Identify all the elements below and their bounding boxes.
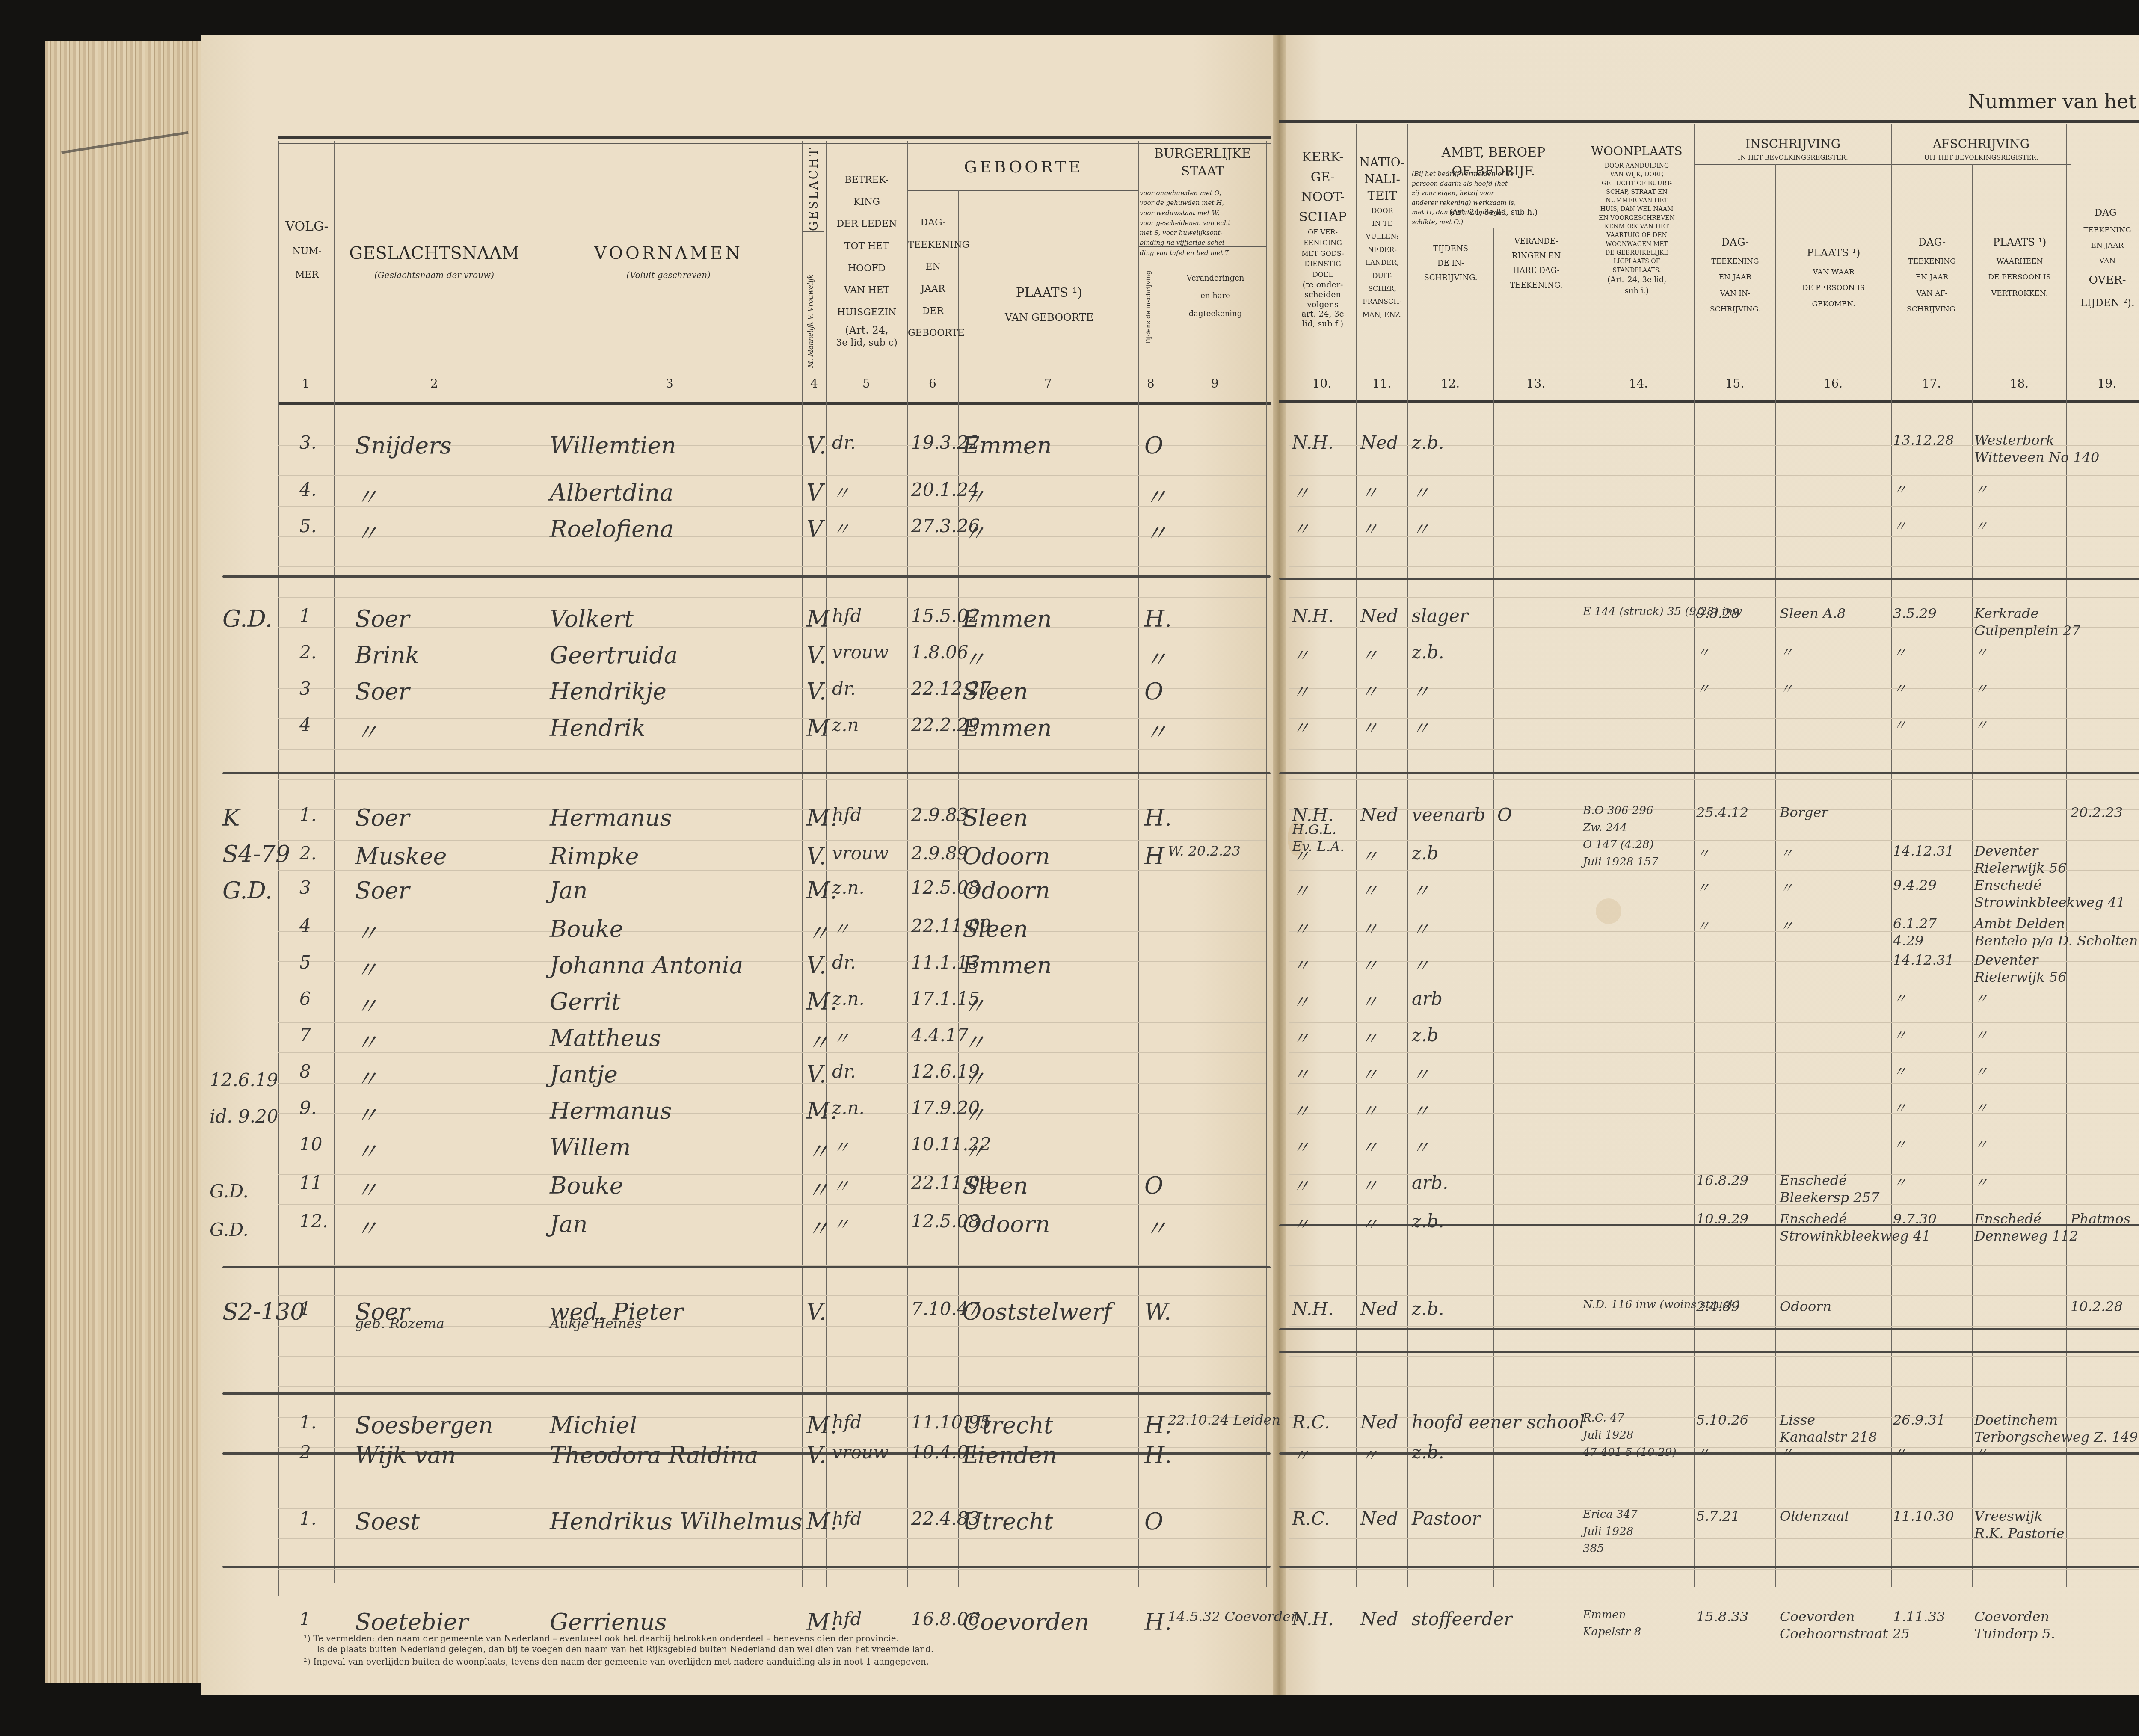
household-separator	[222, 772, 1271, 774]
household-margin-note: G.D.	[222, 605, 273, 632]
header-line: (Art. 24, 3e lid,	[1579, 275, 1694, 286]
entry-occ: z.b.	[1412, 642, 1444, 663]
entry-rel: 〃	[832, 1025, 850, 1050]
entry-sex: 〃	[806, 1172, 830, 1205]
ruled-line	[278, 627, 1266, 628]
entry-address: Juli 1928	[1583, 1429, 1633, 1442]
entry-nr: 4.	[299, 479, 317, 500]
entry-in-date: 5.10.26	[1696, 1412, 1748, 1428]
entry-born: 4.4.17	[911, 1025, 969, 1046]
entry-surname: 〃	[355, 988, 378, 1021]
header-line: GEKOMEN.	[1776, 296, 1891, 312]
entry-out-to: Coevorden	[1974, 1609, 2049, 1625]
entry-address: Emmen	[1583, 1609, 1626, 1621]
ruled-line	[278, 1204, 1266, 1205]
entry-given: Aukje Heines	[550, 1315, 642, 1332]
entry-out-date: 9.7.30	[1893, 1211, 1937, 1227]
header-insch-dag: DAG- TEEKENING EN JAAR VAN IN- SCHRIJVIN…	[1695, 231, 1775, 317]
entry-civil: O	[1144, 432, 1163, 459]
entry-church: R.C.	[1292, 1412, 1330, 1433]
entry-occ: hoofd eener school	[1412, 1412, 1585, 1433]
entry-sex: V.	[806, 642, 827, 669]
entry-nr: 1.	[299, 1412, 317, 1433]
header-line: OVER-	[2067, 269, 2139, 292]
ruled-line	[278, 1356, 1266, 1357]
ruled-line	[1289, 840, 2139, 841]
col-border	[1493, 228, 1494, 1587]
header-line: LIGPLAATS OF	[1579, 257, 1694, 266]
entry-out-to: Denneweg 112	[1974, 1228, 2078, 1244]
entry-civil: O	[1144, 1508, 1163, 1535]
entry-address: 385	[1583, 1542, 1604, 1555]
entry-rel: hfd	[832, 804, 862, 825]
header-overlijden: DAG- TEEKENING EN JAAR VAN OVER- LIJDEN …	[2067, 203, 2139, 314]
entry-nat: 〃	[1360, 515, 1378, 541]
col-number-13: 13.	[1523, 376, 1549, 391]
header-line: DOOR AANDUIDING	[1579, 162, 1694, 170]
entry-in-date: 〃	[1696, 642, 1710, 661]
header-line: OF VER-	[1289, 227, 1356, 238]
entry-in-date: 〃	[1696, 1442, 1710, 1461]
col-number-11: 11.	[1369, 376, 1395, 391]
header-line: art. 24, 3e	[1289, 309, 1356, 319]
entry-surname: Soer	[355, 605, 409, 632]
entry-in-from: 〃	[1780, 843, 1793, 862]
entry-nat: 〃	[1360, 988, 1378, 1014]
footnote-rule	[270, 1626, 284, 1626]
ruled-line	[278, 1113, 1266, 1114]
col-number-10: 10.	[1309, 376, 1335, 391]
entry-in-from: Oldenzaal	[1780, 1508, 1849, 1524]
col-border	[1775, 164, 1776, 1587]
col-number-2: 2	[421, 376, 447, 391]
header-line: Veranderingen	[1164, 270, 1266, 287]
entry-civil: H.	[1144, 1442, 1172, 1469]
header-line: TEEKENING	[2067, 223, 2139, 238]
entry-given: Bouke	[550, 915, 623, 942]
entry-place: Emmen	[963, 952, 1052, 979]
entry-out-date: 〃	[1893, 1442, 1907, 1461]
ruled-line	[278, 566, 1266, 567]
header-afsch-plaats: PLAATS ¹) WAARHEEN DE PERSOON IS VERTROK…	[1973, 231, 2066, 302]
header-line: VERANDE-	[1494, 234, 1579, 249]
entry-in-date: 〃	[1696, 843, 1710, 862]
household-separator	[222, 1392, 1271, 1395]
entry-occ: slager	[1412, 605, 1468, 626]
entry-surname: Soer	[355, 877, 409, 904]
entry-margin: G.D.	[210, 1181, 249, 1202]
ruled-line	[278, 870, 1266, 871]
entry-out-to: Doetinchem	[1974, 1412, 2058, 1428]
entry-rel: hfd	[832, 1412, 862, 1433]
entry-surname: 〃	[355, 1172, 378, 1205]
entry-out-to: 〃	[1974, 678, 1988, 698]
entry-civil: W.	[1144, 1298, 1171, 1325]
entry-sex: V.	[806, 952, 827, 979]
col-border	[1579, 124, 1579, 1587]
entry-in-from: 〃	[1780, 915, 1793, 935]
entry-out-to: 〃	[1974, 1097, 1988, 1117]
entry-nr: 3	[299, 678, 311, 699]
header-top-rule	[278, 136, 1271, 139]
header-line: persoon daarin als hoofd (het-	[1412, 179, 1576, 189]
inschrijving-subrule	[1694, 164, 1891, 165]
entry-occ: 〃	[1412, 714, 1430, 740]
header-line: IN TE	[1357, 217, 1407, 230]
header-line: TEEKENING.	[1494, 278, 1579, 293]
entry-out-to: Terborgscheweg Z. 149 Gaanderen	[1974, 1429, 2139, 1445]
entry-rel: hfd	[832, 1609, 862, 1629]
entry-nr: 5	[299, 952, 311, 973]
entry-given: Theodora Raldina	[550, 1442, 758, 1469]
header-line: VAN IN-	[1695, 286, 1775, 302]
entry-born: 2.9.83	[911, 804, 969, 825]
entry-in-from: Odoorn	[1780, 1298, 1831, 1315]
entry-occ: 〃	[1412, 1097, 1430, 1123]
entry-given: Roelofiena	[550, 515, 674, 542]
ruled-line	[1289, 1569, 2139, 1570]
ruled-line	[1289, 1326, 2139, 1327]
household-margin-note: S2-130	[222, 1298, 305, 1325]
entry-out-to: Witteveen No 140	[1974, 449, 2099, 465]
header-line: LANDER,	[1357, 256, 1407, 269]
entry-rel: dr.	[832, 432, 856, 453]
entry-nr: 8	[299, 1061, 311, 1082]
header-line: SCHRIJVING.	[1408, 271, 1493, 285]
header-line: KING	[827, 191, 907, 213]
entry-given: Hendrikus Wilhelmus	[550, 1508, 803, 1535]
entry-out-to: 〃	[1974, 988, 1988, 1008]
header-ambt-note: (Bij het bedrijf vermelden of de persoon…	[1412, 169, 1576, 227]
entry-margin: 12.6.19	[210, 1069, 278, 1090]
header-line: (te onder-	[1289, 280, 1356, 290]
entry-church: 〃	[1292, 952, 1310, 978]
entry-civil: O	[1144, 1172, 1163, 1199]
entry-occ: z.b	[1412, 1025, 1438, 1046]
entry-church: 〃	[1292, 988, 1310, 1014]
entry-surname: Soer	[355, 804, 409, 831]
ruled-line	[278, 1052, 1266, 1053]
entry-in-date: 〃	[1696, 877, 1710, 897]
entry-address: O 147 (4.28)	[1583, 838, 1654, 851]
header-line: voor de gehuwden met H,	[1140, 198, 1266, 208]
entry-nr: 7	[299, 1025, 311, 1046]
entry-place: Sleen	[963, 804, 1028, 831]
header-woonplaats-note: DOOR AANDUIDING VAN WIJK, DORP, GEHUCHT …	[1579, 162, 1694, 297]
entry-place: Sleen	[963, 678, 1028, 705]
entry-church: 〃	[1292, 479, 1310, 505]
entry-surname: 〃	[355, 1097, 378, 1130]
entry-rel: dr.	[832, 952, 856, 973]
entry-out-date: 〃	[1893, 988, 1907, 1008]
header-line: MER	[280, 269, 334, 281]
entry-rel: vrouw	[832, 642, 889, 663]
entry-in-date: 10.9.29	[1696, 1211, 1748, 1227]
entry-given: Michiel	[550, 1412, 637, 1439]
col-border	[1356, 124, 1357, 1587]
header-line: EN JAAR	[1892, 270, 1972, 285]
entry-place: Coevorden	[963, 1609, 1089, 1635]
entry-sex: 〃	[806, 1134, 830, 1167]
entry-surname: 〃	[355, 515, 378, 548]
entry-nr: 2.	[299, 642, 317, 663]
household-separator	[222, 1266, 1271, 1268]
entry-place: 〃	[963, 515, 986, 548]
entry-born: 2.9.89	[911, 843, 969, 864]
header-voornamen: VOORNAMEN	[535, 242, 802, 265]
header-line: TOT HET	[827, 235, 907, 258]
entry-out-date: 〃	[1893, 1097, 1907, 1117]
header-geb-plaats: PLAATS ¹) VAN GEBOORTE	[960, 284, 1138, 324]
header-line: GE-	[1289, 168, 1356, 188]
entry-given: Bouke	[550, 1172, 623, 1199]
entry-surname: 〃	[355, 1211, 378, 1244]
entry-out-date: 〃	[1893, 515, 1907, 535]
entry-nr: 3.	[299, 432, 317, 453]
header-line: VAN WAAR	[1776, 264, 1891, 280]
entry-rel: z.n.	[832, 988, 865, 1009]
entry-out-to: 〃	[1974, 1061, 1988, 1081]
col-number-12: 12.	[1437, 376, 1463, 391]
ruled-line	[278, 1144, 1266, 1144]
entry-out-to: Gulpenplein 27	[1974, 622, 2080, 639]
header-line: EN JAAR	[2067, 238, 2139, 254]
entry-nr: 1	[299, 1609, 311, 1629]
entry-nr: 3	[299, 877, 311, 898]
entry-sex: V.	[806, 432, 827, 459]
entry-sex: 〃	[806, 1211, 830, 1244]
entry-given: Gerrienus	[550, 1609, 667, 1635]
entry-rel: z.n.	[832, 1097, 865, 1118]
entry-rel: 〃	[832, 515, 850, 541]
household-separator	[222, 575, 1271, 578]
entry-rel: hfd	[832, 605, 862, 626]
header-line: HUIS, DAN WEL NAAM	[1579, 205, 1694, 213]
entry-out-date: 6.1.27	[1893, 915, 1937, 932]
entry-place: 〃	[963, 1061, 986, 1094]
ruled-line	[278, 1022, 1266, 1023]
ruled-line	[278, 1265, 1266, 1266]
ruled-line	[278, 961, 1266, 962]
page-edge-marking	[61, 131, 191, 171]
entry-out-date: 26.9.31	[1893, 1412, 1945, 1428]
entry-out-date: 14.12.31	[1893, 843, 1954, 859]
ruled-line	[1289, 749, 2139, 750]
entry-nat: Ned	[1360, 432, 1398, 453]
entry-nr: 9.	[299, 1097, 317, 1118]
header-line: DIENSTIG	[1289, 259, 1356, 270]
entry-in-from: 〃	[1780, 877, 1793, 897]
col-number-5: 5	[853, 376, 879, 391]
ruled-line	[1289, 475, 2139, 476]
header-line: ding van tafel en bed met T	[1140, 248, 1266, 258]
entry-in-from: Enschedé	[1780, 1172, 1847, 1188]
entry-occ: 〃	[1412, 1134, 1430, 1159]
col-border	[1694, 124, 1695, 1587]
ruled-line	[278, 475, 1266, 476]
entry-surname: Brink	[355, 642, 419, 669]
header-line: JAAR	[908, 278, 958, 300]
header-line: DAG-	[908, 212, 958, 234]
entry-nat: 〃	[1360, 1211, 1378, 1236]
entry-place: Utrecht	[963, 1508, 1053, 1535]
header-line: VULLEN:	[1357, 230, 1407, 243]
header-line: met S, voor huwelijksont-	[1140, 228, 1266, 238]
entry-given: Mattheus	[550, 1025, 661, 1052]
ruled-line	[278, 901, 1266, 901]
entry-nr: 6	[299, 988, 311, 1009]
paper-stain	[1596, 898, 1621, 924]
header-inschrijving-sub: IN HET BEVOLKINGSREGISTER.	[1695, 153, 1891, 162]
entry-nr: 4	[299, 915, 311, 936]
entry-address: R.C. 47	[1583, 1412, 1624, 1425]
entry-place: Lienden	[963, 1442, 1057, 1469]
entry-out-to: 〃	[1974, 515, 1988, 535]
entry-out-date: 14.12.31	[1893, 952, 1954, 968]
entry-occ: 〃	[1412, 952, 1430, 978]
entry-given: Hermanus	[550, 1097, 672, 1124]
header-line: GEBOORTE	[908, 322, 958, 344]
header-line: DE PERSOON IS	[1776, 280, 1891, 296]
ruled-line	[1289, 779, 2139, 780]
entry-church: 〃	[1292, 1097, 1310, 1123]
entry-church: 〃	[1292, 1061, 1310, 1087]
entry-rel: 〃	[832, 1134, 850, 1159]
entry-church: 〃	[1292, 915, 1310, 941]
entry-surname: 〃	[355, 1134, 378, 1167]
entry-given: Jan	[550, 877, 588, 904]
entry-church: 〃	[1292, 1025, 1310, 1050]
header-betrekking: BETREK- KING DER LEDEN TOT HET HOOFD VAN…	[827, 169, 907, 350]
header-line: FRANSCH-	[1357, 295, 1407, 308]
entry-nat: 〃	[1360, 915, 1378, 941]
ruled-line	[278, 749, 1266, 750]
entry-out-date: 1.11.33	[1893, 1609, 1945, 1625]
col-border	[1407, 124, 1408, 1587]
entry-out-to: Vreeswijk	[1974, 1508, 2043, 1524]
col-number-15: 15.	[1722, 376, 1748, 391]
col-border	[1289, 124, 1289, 1587]
header-line: anderer rekening) werkzaam is,	[1412, 198, 1576, 208]
header-afschrijving-sub: UIT HET BEVOLKINGSREGISTER.	[1892, 153, 2071, 162]
col-number-19: 19.	[2094, 376, 2120, 391]
entry-surname: Soetebier	[355, 1609, 468, 1635]
entry-civil: 〃	[1144, 515, 1167, 548]
header-line: SCHRIJVING.	[1892, 302, 1972, 317]
entry-sex: V	[806, 479, 823, 506]
header-line: binding na vijfjarige schei-	[1140, 238, 1266, 248]
ruled-line	[1289, 597, 2139, 598]
header-geslachtsnaam-note: (Geslachtsnaam der vrouw)	[336, 270, 533, 281]
header-line: (Art. 24,	[827, 324, 907, 337]
header-line: EENIGING	[1289, 238, 1356, 249]
header-tijdens-inschrijving: Tijdens de inschrijving	[1144, 270, 1152, 344]
entry-nat: 〃	[1360, 843, 1378, 868]
entry-sex: V.	[806, 843, 827, 870]
entry-in-date: 〃	[1696, 915, 1710, 935]
entry-out-to: Westerbork	[1974, 432, 2054, 448]
header-kerkgenootschap: KERK- GE- NOOT- SCHAP OF VER- EENIGING M…	[1289, 148, 1356, 329]
entry-place: Emmen	[963, 605, 1052, 632]
entry-nat: 〃	[1360, 1172, 1378, 1198]
header-line: KENMERK VAN HET	[1579, 222, 1694, 231]
entry-sex: M	[806, 714, 830, 741]
entry-given: Johanna Antonia	[550, 952, 743, 979]
household-margin-note: G.D.	[222, 877, 273, 904]
header-line: voor weduwstaat met W,	[1140, 208, 1266, 218]
header-line: volgens	[1289, 300, 1356, 310]
entry-place: Utrecht	[963, 1412, 1053, 1439]
col-border	[533, 141, 533, 1587]
entry-out-date: 4.29	[1893, 933, 1923, 949]
household-separator	[1279, 1566, 2139, 1568]
ruled-line	[278, 597, 1266, 598]
entry-out-to: Bentelo p/a D. Scholten landbouwer boede…	[1974, 933, 2139, 949]
footnote-1-cont: Is de plaats buiten Nederland gelegen, d…	[317, 1644, 933, 1654]
entry-occ: z.b.	[1412, 1442, 1444, 1463]
entry-out-date: 9.4.29	[1893, 877, 1937, 893]
header-veranderingen: Veranderingen en hare dagteekening	[1164, 270, 1266, 323]
col-border	[2066, 124, 2067, 1587]
entry-church: 〃	[1292, 678, 1310, 704]
entry-church: R.C.	[1292, 1508, 1330, 1529]
col-number-14: 14.	[1626, 376, 1651, 391]
entry-sex: M	[806, 605, 830, 632]
entry-out-to: Deventer	[1974, 952, 2038, 968]
entry-in-from: Coehoornstraat 25	[1780, 1626, 1910, 1642]
entry-occ: arb.	[1412, 1172, 1448, 1193]
header-line: DOEL	[1289, 270, 1356, 280]
header-line: VAN	[2067, 254, 2139, 269]
header-nationaliteit: NATIO- NALI- TEIT DOOR IN TE VULLEN: NED…	[1357, 154, 1407, 321]
entry-given: Volkert	[550, 605, 634, 632]
header-geboorte: GEBOORTE	[909, 156, 1138, 178]
household-separator	[1279, 1328, 2139, 1330]
footnote-1: ¹) Te vermelden: den naam der gemeente v…	[304, 1633, 899, 1644]
col-border	[1266, 141, 1267, 1587]
household-separator	[1279, 578, 2139, 580]
entry-out-date: 〃	[1893, 714, 1907, 734]
entry-church: 〃	[1292, 1211, 1310, 1236]
header-line: PLAATS ¹)	[1776, 242, 1891, 264]
entry-civil-change: W. 20.2.23	[1168, 843, 1241, 859]
household-separator	[1279, 1351, 2139, 1353]
entry-occ: stoffeerder	[1412, 1609, 1512, 1629]
entry-church: 〃	[1292, 877, 1310, 903]
ruled-line	[278, 506, 1266, 507]
entry-rel: dr.	[832, 1061, 856, 1082]
ruled-line	[1289, 566, 2139, 567]
header-line: scheiden	[1289, 290, 1356, 300]
ruled-line	[278, 688, 1266, 689]
ruled-line	[278, 992, 1266, 992]
entry-in-from: Coevorden	[1780, 1609, 1855, 1625]
entry-surname: geb. Rozema	[355, 1315, 444, 1332]
entry-out-to: Ambt Delden	[1974, 915, 2065, 932]
col-number-17: 17.	[1919, 376, 1944, 391]
entry-given: Hermanus	[550, 804, 672, 831]
ruled-line	[278, 1083, 1266, 1084]
header-geslacht: GESLACHT	[806, 147, 821, 231]
col-border	[1891, 124, 1892, 1587]
entry-nat: Ned	[1360, 1508, 1398, 1529]
afschrijving-subrule	[1891, 164, 2071, 165]
header-woonplaats: WOONPLAATS	[1579, 143, 1694, 160]
entry-surname: Muskee	[355, 843, 447, 870]
ruled-line	[278, 1538, 1266, 1539]
ruled-line	[278, 1174, 1266, 1175]
ruled-line	[1289, 1386, 2139, 1387]
